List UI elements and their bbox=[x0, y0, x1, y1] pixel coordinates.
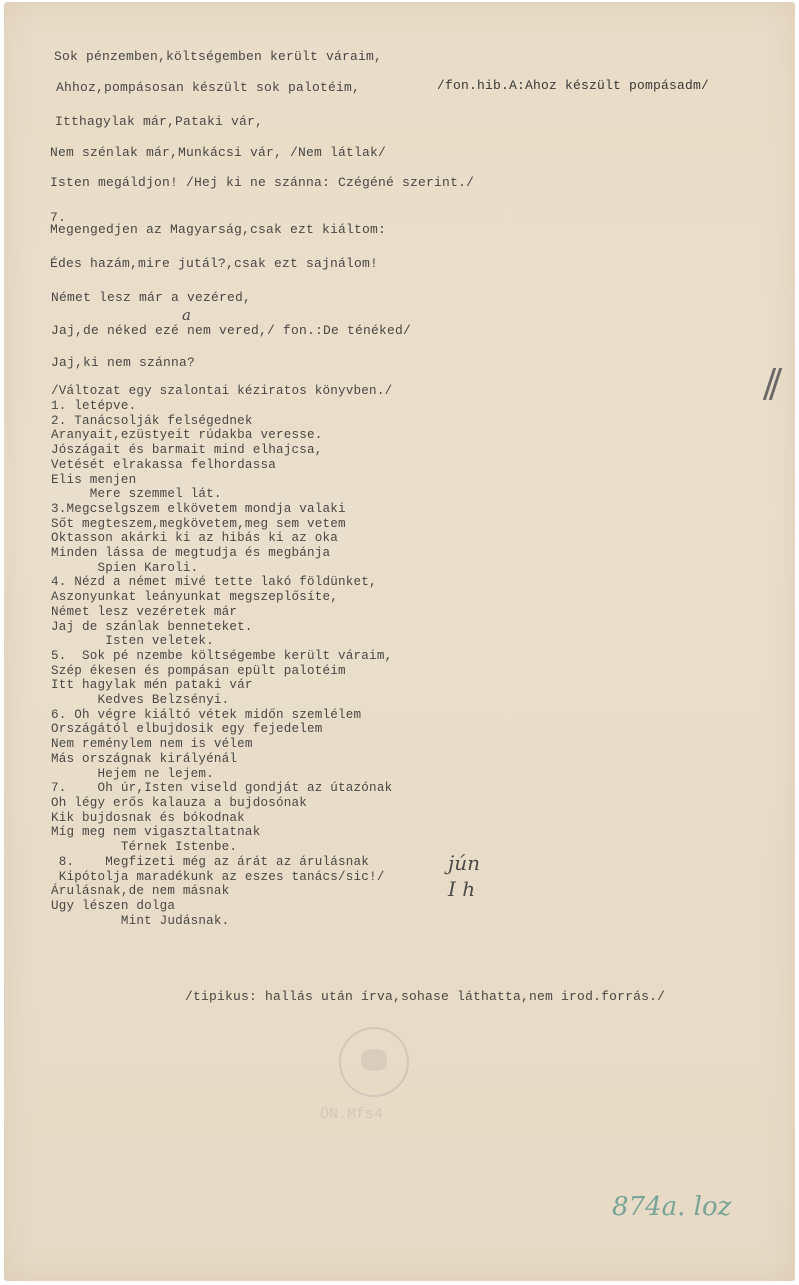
variant-line: Míg meg nem vigasztaltatnak bbox=[51, 825, 392, 840]
variant-line: Kedves Belzsényi. bbox=[51, 693, 392, 708]
variant-line: Hejem ne lejem. bbox=[51, 767, 392, 782]
variant-line: Isten veletek. bbox=[51, 634, 392, 649]
variant-line: 3.Megcselgszem elkövetem mondja valaki bbox=[51, 502, 392, 517]
variant-line: 1. letépve. bbox=[51, 399, 392, 414]
variant-line: 5. Sok pé nzembe költségembe került vára… bbox=[51, 649, 392, 664]
variant-line: Német lesz vezéretek már bbox=[51, 605, 392, 620]
variant-line: Mint Judásnak. bbox=[51, 914, 392, 929]
archive-number: 874a. loz bbox=[612, 1192, 731, 1222]
verse-line-2: Ahhoz,pompásosan készült sok palotéim, bbox=[56, 80, 360, 95]
verse-line-5: Isten megáldjon! /Hej ki ne szánna: Czég… bbox=[50, 175, 474, 190]
variant-line: 6. Oh végre kiáltó vétek midőn szemlélem bbox=[51, 708, 392, 723]
variant-line: Más országnak királyénál bbox=[51, 752, 392, 767]
variant-line: 7. Oh úr,Isten viseld gondját az útazóna… bbox=[51, 781, 392, 796]
variant-line: Itt hagylak mén pataki vár bbox=[51, 678, 392, 693]
verse-line-4: Nem szénlak már,Munkácsi vár, /Nem látla… bbox=[50, 145, 386, 160]
variant-line: Kik bujdosnak és bókodnak bbox=[51, 811, 392, 826]
margin-annotation: jún I h bbox=[448, 850, 480, 902]
variant-line: Mere szemmel lát. bbox=[51, 487, 392, 502]
variant-line: Jaj de szánlak benneteket. bbox=[51, 620, 392, 635]
closing-note: /tipikus: hallás után írva,sohase láthat… bbox=[185, 989, 665, 1004]
handwritten-correction: a bbox=[182, 306, 191, 324]
variant-line: Oh légy erős kalauza a bujdosónak bbox=[51, 796, 392, 811]
variant-line: Szép ékesen és pompásan epült palotéim bbox=[51, 664, 392, 679]
variant-line: Elis menjen bbox=[51, 473, 392, 488]
faint-stamp-text: ÖN.Mfs4 bbox=[320, 1106, 383, 1123]
verse-line-3: Itthagylak már,Pataki vár, bbox=[55, 114, 263, 129]
variant-line: Országától elbujdosik egy fejedelem bbox=[51, 722, 392, 737]
variant-line: Aranyait,ezüstyeit rúdakba veresse. bbox=[51, 428, 392, 443]
variant-line: Oktasson akárki ki az hibás ki az oka bbox=[51, 531, 392, 546]
stanza7-line-3: Német lesz már a vezéred, bbox=[51, 290, 251, 305]
variant-line: Árulásnak,de nem másnak bbox=[51, 884, 392, 899]
variant-line: Térnek Istenbe. bbox=[51, 840, 392, 855]
variant-line: 8. Megfizeti még az árát az árulásnak bbox=[51, 855, 392, 870]
variant-line: Spien Karoli. bbox=[51, 561, 392, 576]
variant-line: Sőt megteszem,megkövetem,meg sem vetem bbox=[51, 517, 392, 532]
variant-line: Nem reménylem nem is vélem bbox=[51, 737, 392, 752]
variant-line: Jószágait és barmait mind elhajcsa, bbox=[51, 443, 392, 458]
variant-line: Vetését elrakassa felhordassa bbox=[51, 458, 392, 473]
stanza7-line-4: Jaj,de néked ezé nem vered,/ fon.:De tén… bbox=[51, 323, 411, 338]
variant-line: Ugy lészen dolga bbox=[51, 899, 392, 914]
variant-line: 4. Nézd a német mivé tette lakó földünke… bbox=[51, 575, 392, 590]
philology-note: /fon.hib.A:Ahoz készült pompásadm/ bbox=[437, 78, 709, 93]
variant-line: Kipótolja maradékunk az eszes tanács/sic… bbox=[51, 870, 392, 885]
stanza7-line-5: Jaj,ki nem szánna? bbox=[51, 355, 195, 370]
variant-line: 2. Tanácsolják felségednek bbox=[51, 414, 392, 429]
variant-heading: /Változat egy szalontai kéziratos könyvb… bbox=[51, 384, 392, 399]
variant-line: Aszonyunkat leányunkat megszeplősíte, bbox=[51, 590, 392, 605]
verse-line-1: Sok pénzemben,költségemben került váraim… bbox=[54, 49, 382, 64]
archive-stamp bbox=[339, 1027, 409, 1097]
variant-lines: 1. letépve.2. Tanácsolják felségednekAra… bbox=[51, 399, 392, 928]
stanza7-line-2: Édes hazám,mire jutál?,csak ezt sajnálom… bbox=[50, 256, 378, 271]
variant-line: Minden lássa de megtudja és megbánja bbox=[51, 546, 392, 561]
stanza7-line-1: Megengedjen az Magyarság,csak ezt kiálto… bbox=[50, 222, 386, 237]
